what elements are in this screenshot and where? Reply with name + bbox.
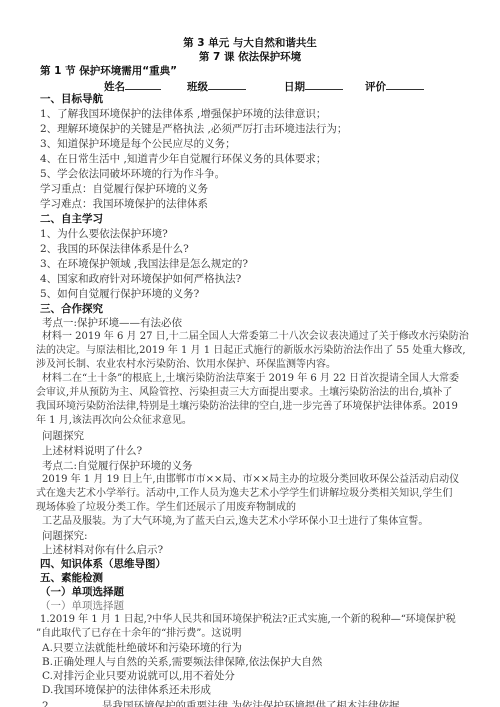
date-label: 日期 xyxy=(284,81,305,93)
option-c[interactable]: C.对排污企业只要劝说就可以,用不着处分 xyxy=(42,669,235,683)
knowledge-heading: 四、知识体系（思维导图） xyxy=(40,557,166,571)
grade-blank[interactable] xyxy=(386,78,424,90)
lesson-title: 第 7 课 依法保护环境 xyxy=(0,50,500,64)
difficulty: 学习难点：我国环境保护的法律体系 xyxy=(40,197,208,211)
name-label: 姓名 xyxy=(104,81,125,93)
student-info-row: 姓名班级日期评价 xyxy=(104,78,450,94)
material-line: 材料二在“土十条”的根底上,土壤污染防治法草案于 2019 年 6 月 22 日… xyxy=(42,372,459,386)
single-choice-heading: （一）单项选择题 xyxy=(40,585,124,599)
test-heading: 五、素能检测 xyxy=(40,571,103,585)
self-study-item: 3、在环境保护领域 ,我国法律是怎么规定的? xyxy=(40,257,248,271)
material-line: 法的决定。与原法相比,2019 年 1 月 1 日起正式施行的新版水污染防治法作… xyxy=(36,344,466,358)
material-line: 工艺品及服装。为了大气环境,为了蓝天白云,逸夫艺术小学环保小卫士进行了集体宣誓。 xyxy=(42,515,428,529)
self-study-item: 4、国家和政府针对环境保护如何严格执法? xyxy=(40,272,241,286)
material-line: 式在逸夫艺术小学举行。活动中,工作人员为逸夫艺术小学学生们讲解垃圾分类相关知识,… xyxy=(36,487,452,501)
material-line: 2019 年 1 月 19 日上午,由邯郸市市××局、市××局主办的垃圾分类回收… xyxy=(42,473,459,487)
question-one: ”自此取代了已存在十余年的“排污费”。这说明 xyxy=(36,627,241,641)
section-title: 第 1 节 保护环境需用“重典” xyxy=(40,64,177,78)
grade-label: 评价 xyxy=(365,81,386,93)
name-field[interactable]: 姓名 xyxy=(104,78,161,94)
topic-one: 考点一:保护环境——有法必依 xyxy=(42,316,182,330)
goal-item: 3、知道保护环境是每个公民应尽的义务； xyxy=(40,137,236,151)
self-study-item: 5、如何自觉履行保护环境的义务? xyxy=(40,287,199,301)
question-label: 问题探究: xyxy=(42,529,88,543)
date-blank[interactable] xyxy=(305,78,343,90)
material-line: 会审议,并从预防为主、风险管控、污染担责三大方面提出要求。土壤污染防治法的出台,… xyxy=(36,386,452,400)
name-blank[interactable] xyxy=(125,78,161,90)
option-a[interactable]: A.只要立法就能杜绝破坏和污染环境的行为 xyxy=(42,641,242,655)
cooperation-heading: 三、合作探究 xyxy=(40,302,103,316)
material-line: 材料一 2019 年 6 月 27 日,十二届全国人大常委第二十八次会议表决通过… xyxy=(42,330,469,344)
answer-blank[interactable] xyxy=(52,697,102,707)
question-two-text: 是我国环境保护的重要法律,为依法保护环境提供了根本法律依据。 xyxy=(102,700,410,707)
document-page: 第 3 单元 与大自然和谐共生 第 7 课 依法保护环境 第 1 节 保护环境需… xyxy=(0,0,500,707)
question-one: 1.2019 年 1 月 1 日起,?中华人民共和国环境保护税法?正式实施,一个… xyxy=(40,613,456,627)
question: 上述材料说明了什么? xyxy=(42,444,142,458)
question-two-number: 2. xyxy=(42,700,52,707)
class-blank[interactable] xyxy=(208,78,246,90)
single-choice-subheading: （一）单项选择题 xyxy=(40,599,124,613)
key-point: 学习重点：自觉履行保护环境的义务 xyxy=(40,182,208,196)
goal-item: 5、学会依法同破坏环境的行为作斗争。 xyxy=(40,167,225,181)
material-line: 涉及河长制、农业农村水污染防治、饮用水保护、环保监测等内容。 xyxy=(36,358,336,372)
goal-item: 2、理解环境保护的关键是严格执法 ,必须严厉打击环境违法行为； xyxy=(40,122,347,136)
unit-title: 第 3 单元 与大自然和谐共生 xyxy=(0,36,500,50)
option-d[interactable]: D.我国环境保护的法律体系还未形成 xyxy=(42,683,211,697)
question-label: 问题探究 xyxy=(42,429,84,443)
question: 上述材料对你有什么启示? xyxy=(42,543,163,557)
self-study-heading: 二、自主学习 xyxy=(40,212,103,226)
material-line: 年 1 月,该法再次向公众征求意见。 xyxy=(36,414,192,428)
self-study-item: 2、我国的环保法律体系是什么? xyxy=(40,242,189,256)
date-field[interactable]: 日期 xyxy=(284,78,343,94)
goal-item: 1、了解我国环境保护的法律体系 ,增强保护环境的法律意识； xyxy=(40,107,326,121)
option-b[interactable]: B.正确处理人与自然的关系,需要频法律保障,依法保护大自然 xyxy=(42,655,322,669)
class-label: 班级 xyxy=(187,81,208,93)
material-line: 现场体验了垃圾分类工作。学生们还展示了用废弃物制成的 xyxy=(36,501,296,515)
self-study-item: 1、为什么要依法保护环境? xyxy=(40,227,168,241)
topic-two: 考点二:自觉履行保护环境的义务 xyxy=(42,459,193,473)
goals-heading: 一、目标导航 xyxy=(40,92,103,106)
grade-field[interactable]: 评价 xyxy=(365,78,424,94)
class-field[interactable]: 班级 xyxy=(187,78,246,94)
goal-item: 4、在日常生活中 ,知道青少年自觉履行环保义务的具体要求； xyxy=(40,152,326,166)
material-line: 我国环境污染防治法律,特别是土壤污染防治法律的空白,进一步完善了环境保护法律体系… xyxy=(36,400,458,414)
question-two: 2.是我国环境保护的重要法律,为依法保护环境提供了根本法律依据。 xyxy=(42,697,410,707)
